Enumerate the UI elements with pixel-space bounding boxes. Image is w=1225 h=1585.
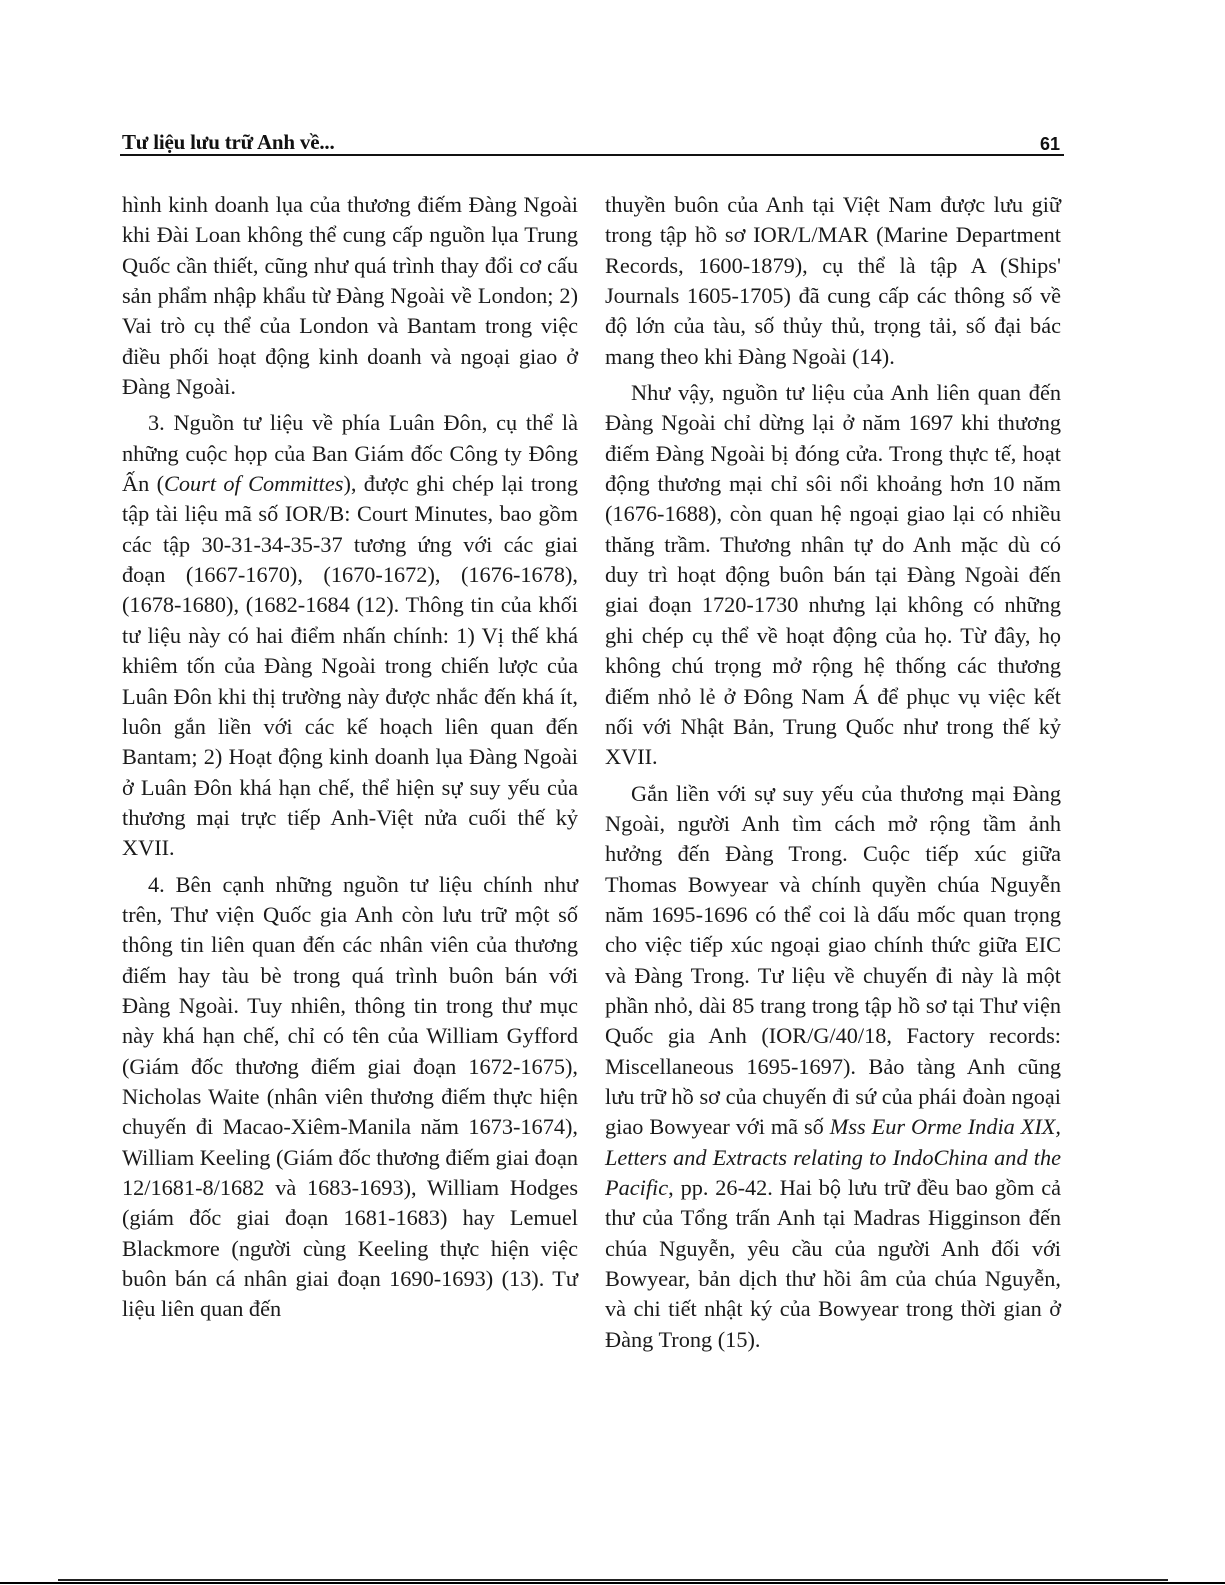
text-run: ), được ghi chép lại trong tập tài liệu … [122, 471, 578, 860]
right-column: thuyền buôn của Anh tại Việt Nam được lư… [605, 190, 1061, 1361]
paragraph-continuation: hình kinh doanh lụa của thương điếm Đàng… [122, 190, 578, 402]
italic-title-court-of-committes: Court of Committes [164, 471, 343, 496]
paragraph-item-4: 4. Bên cạnh những nguồn tư liệu chính nh… [122, 870, 578, 1325]
paragraph-summary: Như vậy, nguồn tư liệu của Anh liên quan… [605, 378, 1061, 772]
footer-rule-thin [58, 1579, 1168, 1581]
paragraph-item-3: 3. Nguồn tư liệu về phía Luân Đôn, cụ th… [122, 408, 578, 863]
text-run: Gắn liền với sự suy yếu của thương mại Đ… [605, 781, 1061, 1140]
running-title: Tư liệu lưu trữ Anh về... [122, 130, 335, 155]
paragraph-dang-trong: Gắn liền với sự suy yếu của thương mại Đ… [605, 779, 1061, 1356]
footer-rule [0, 1582, 1225, 1584]
page-number: 61 [1040, 134, 1060, 155]
text-run: , pp. 26-42. Hai bộ lưu trữ đều bao gồm … [605, 1175, 1061, 1352]
left-column: hình kinh doanh lụa của thương điếm Đàng… [122, 190, 578, 1331]
header-rule [120, 154, 1064, 156]
paragraph-continuation: thuyền buôn của Anh tại Việt Nam được lư… [605, 190, 1061, 372]
